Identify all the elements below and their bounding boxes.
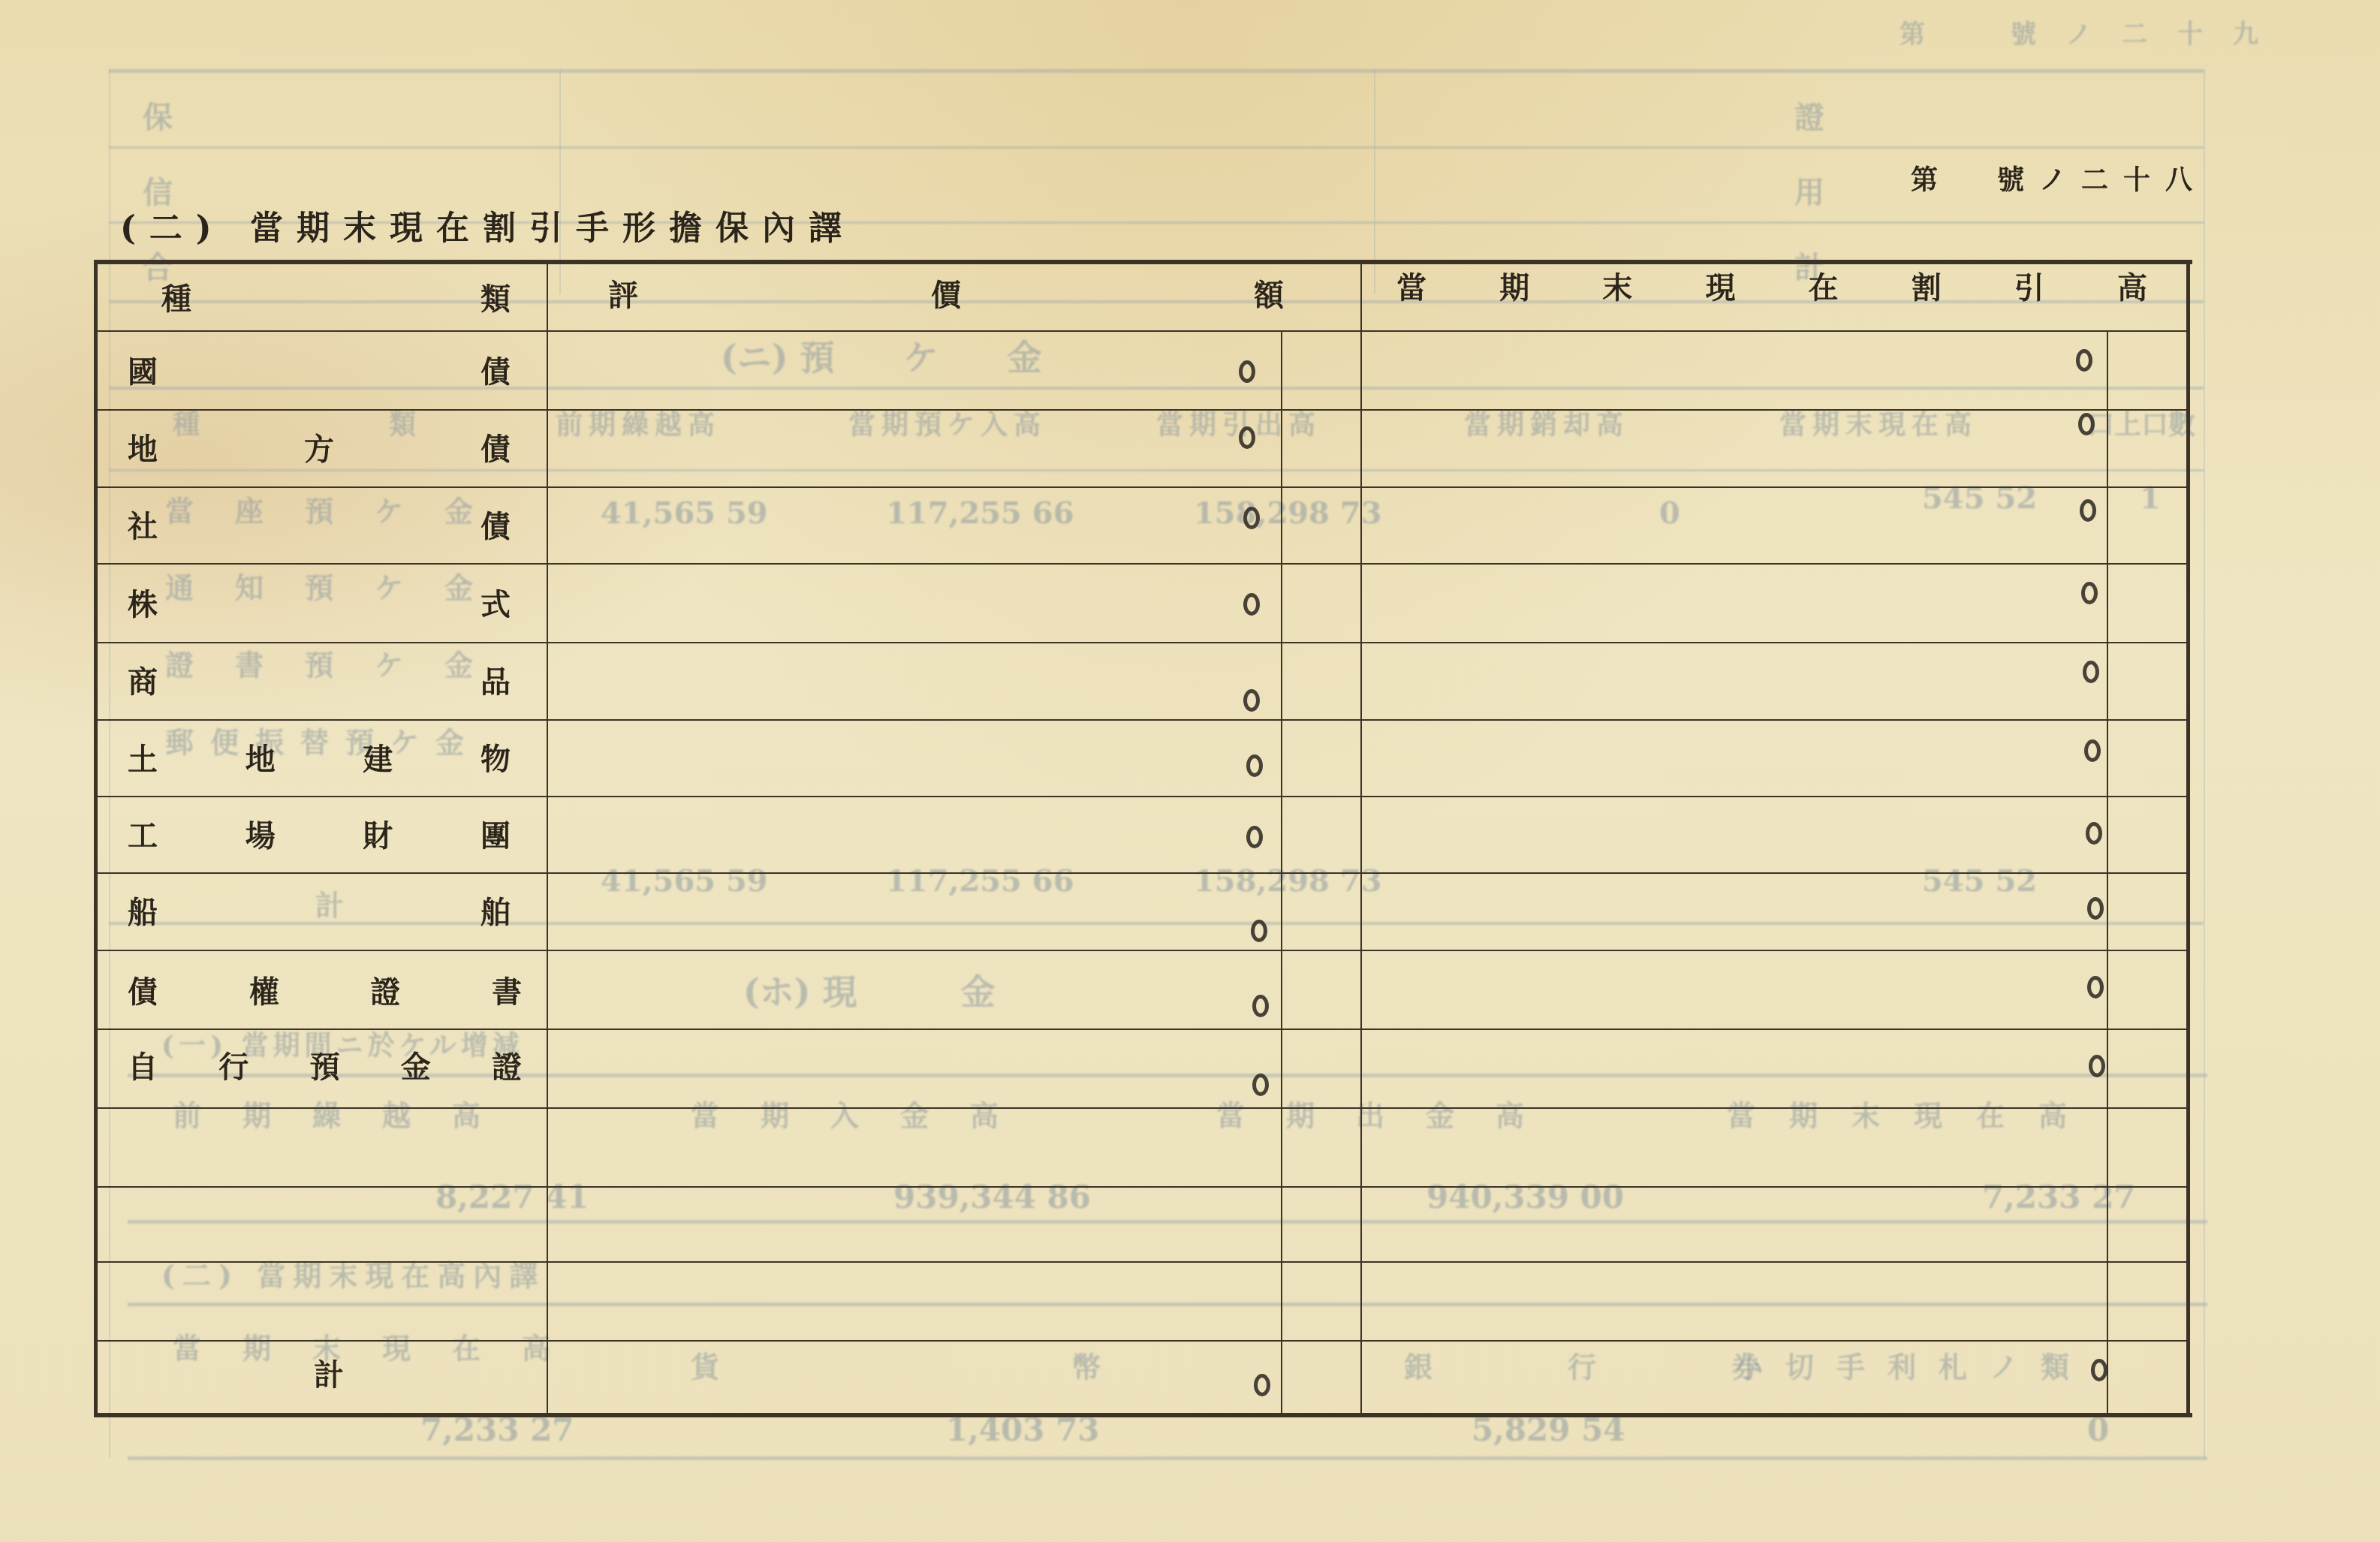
label-char: 方 [304,426,334,468]
row-rule [98,1186,2186,1188]
header-discount-balance: 當 期 末 現 在 割 引 高 [1396,259,2147,312]
label-char: 品 [481,658,511,701]
row-label-local-bonds: 地 方 債 [128,424,511,469]
ghost-rule [109,69,110,1458]
column-divider [547,263,548,1415]
row-rule [98,1340,2186,1342]
label-char: 金 [401,1044,431,1086]
discount-balance-zero [2078,413,2095,435]
ghost-value: 117,255 66 [886,863,1074,899]
discount-balance-zero [2087,976,2104,998]
header-char: 引 [2014,264,2044,307]
ghost-page-number: 第 號ノ二十九 [1899,14,2288,50]
header-char: 當 [1396,264,1426,307]
discount-balance-zero [2081,582,2098,604]
label-char: 舶 [481,889,511,932]
header-char: 期 [1499,264,1529,307]
section-title: (二) 當期末現在割引手形擔保內譯 [120,201,855,249]
page-number-prefix: 第 [1911,159,1938,197]
label-char: 預 [310,1044,340,1086]
label-char: 船 [128,889,158,932]
appraised-value-zero [1243,593,1260,616]
ghost-value: 8,227 41 [435,1179,589,1215]
label-char: 物 [481,736,511,779]
row-rule [98,563,2186,565]
ghost-value: 940,339 00 [1426,1179,1624,1215]
appraised-value-zero [1251,920,1267,942]
label-char: 國 [128,348,158,391]
label-char: 場 [246,812,276,855]
ghost-value: 7,233 27 [1982,1179,2136,1215]
row-label-ships: 船 舶 [128,887,511,932]
ghost-header: 前期繰越高 [173,1092,522,1134]
appraised-value-zero [1252,995,1269,1017]
row-rule [98,1261,2186,1263]
table-bottom-rule [94,1413,2192,1417]
label-char: 株 [128,581,158,624]
label-char: 書 [492,968,522,1011]
ghost-header: 貨幣 [691,1344,1454,1385]
label-char: 債 [128,968,158,1011]
column-divider [1360,263,1362,1415]
label-char: 團 [481,812,511,855]
header-type: 種 類 [161,270,511,323]
page-number-suffix: 號ノ二十八 [1997,159,2207,197]
ghost-value: 158,298 73 [1194,495,1382,531]
appraised-value-zero [1239,426,1255,449]
row-rule [98,1029,2186,1030]
row-rule [98,1107,2186,1109]
ghost-header: 小切手利札ノ類 [1734,1344,2092,1385]
ghost-header: 當期出金高 [1216,1092,1565,1134]
ghost-value: 158,298 73 [1194,863,1382,899]
discount-balance-zero [2083,661,2099,683]
ghost-header: 當期入金高 [691,1092,1040,1134]
ghost-rule [109,146,2204,149]
header-char: 種 [161,276,191,318]
row-rule [98,486,2186,488]
ghost-row-label: 保 證 [143,94,2125,137]
ghost-rule [2204,69,2205,1458]
label-char: 債 [481,426,511,468]
label-char: 地 [128,426,158,468]
label-char: 證 [492,1044,522,1086]
label-char: 工 [128,812,158,855]
header-char: 在 [1809,264,1839,307]
discount-balance-zero [2080,499,2096,522]
row-rule [98,642,2186,643]
label-char: 債 [481,348,511,391]
row-label-factory-foundation: 工 場 財 團 [128,811,511,856]
label-char: 土 [128,736,158,779]
ghost-rule [109,69,2204,73]
appraised-value-zero [1252,1074,1269,1096]
header-char: 末 [1602,264,1632,307]
row-rule [98,330,2186,332]
ghost-rule [128,1456,2207,1460]
row-rule [98,409,2186,411]
row-label-national-bonds: 國 債 [128,347,511,392]
ghost-value: 545 52 [1922,863,2037,899]
header-appraised-value: 評 價 額 [608,267,1284,319]
ghost-value: 117,255 66 [886,495,1074,531]
label-char: 財 [363,812,393,855]
row-label-own-deposit-certificates: 自 行 預 金 證 [128,1042,522,1087]
appraised-value-zero [1243,689,1260,712]
label-char: 地 [246,736,276,779]
discount-balance-zero [2087,897,2104,920]
header-char: 額 [1254,272,1284,315]
ghost-rule [128,1303,2207,1306]
table-right-rule [2186,263,2190,1415]
header-char: 現 [1705,264,1735,307]
label-char: 社 [128,503,158,546]
appraised-value-zero [1243,507,1260,529]
header-char: 高 [2117,264,2147,307]
row-label-total: 計 [314,1351,344,1394]
discount-balance-total-zero [2091,1359,2107,1381]
label-char: 商 [128,658,158,701]
discount-balance-zero [2076,349,2092,372]
appraised-value-zero [1246,754,1263,777]
label-char: 自 [128,1044,158,1086]
appraised-value-zero [1246,826,1263,848]
header-char: 價 [931,272,961,315]
discount-balance-zero [2084,739,2101,762]
label-char: 債 [481,503,511,546]
row-label-land-buildings: 土 地 建 物 [128,734,511,779]
header-char: 評 [608,272,638,315]
discount-balance-zero [2086,822,2102,845]
ghost-value: 0 [1659,495,1680,531]
label-char: 式 [481,581,511,624]
ghost-rule [128,1220,2207,1224]
ghost-section-title: (ニ) 預 ケ 金 [721,330,1042,380]
discount-balance-zero [2089,1055,2105,1077]
row-rule [98,719,2186,721]
ghost-header: 當期末現在高 [1727,1092,2101,1134]
row-label-stocks: 株 式 [128,580,511,625]
row-rule [98,950,2186,951]
appraised-value-total-zero [1254,1374,1270,1396]
ghost-rule [109,469,2204,471]
header-char: 割 [1912,264,1942,307]
row-rule [98,872,2186,874]
row-rule [98,796,2186,797]
ghost-value: 41,565 59 [601,495,768,531]
table-left-rule [94,263,98,1415]
row-label-commodities: 商 品 [128,657,511,702]
ghost-value: 41,565 59 [601,863,768,899]
appraised-value-zero [1239,360,1255,383]
label-char: 證 [370,968,400,1011]
ghost-subtitle: (二) 當期末現在高內譯 [161,1252,545,1294]
label-char: 建 [363,736,393,779]
label-char: 行 [218,1044,249,1086]
ghost-section-title: (ホ) 現 金 [743,965,996,1014]
row-label-corporate-bonds: 社 債 [128,501,511,547]
ghost-value: 939,344 86 [893,1179,1091,1215]
header-char: 類 [481,276,511,318]
label-char: 權 [249,968,279,1011]
ghost-header: 當期末現在高 [173,1325,592,1366]
row-label-debt-certificates: 債 權 證 書 [128,967,522,1012]
